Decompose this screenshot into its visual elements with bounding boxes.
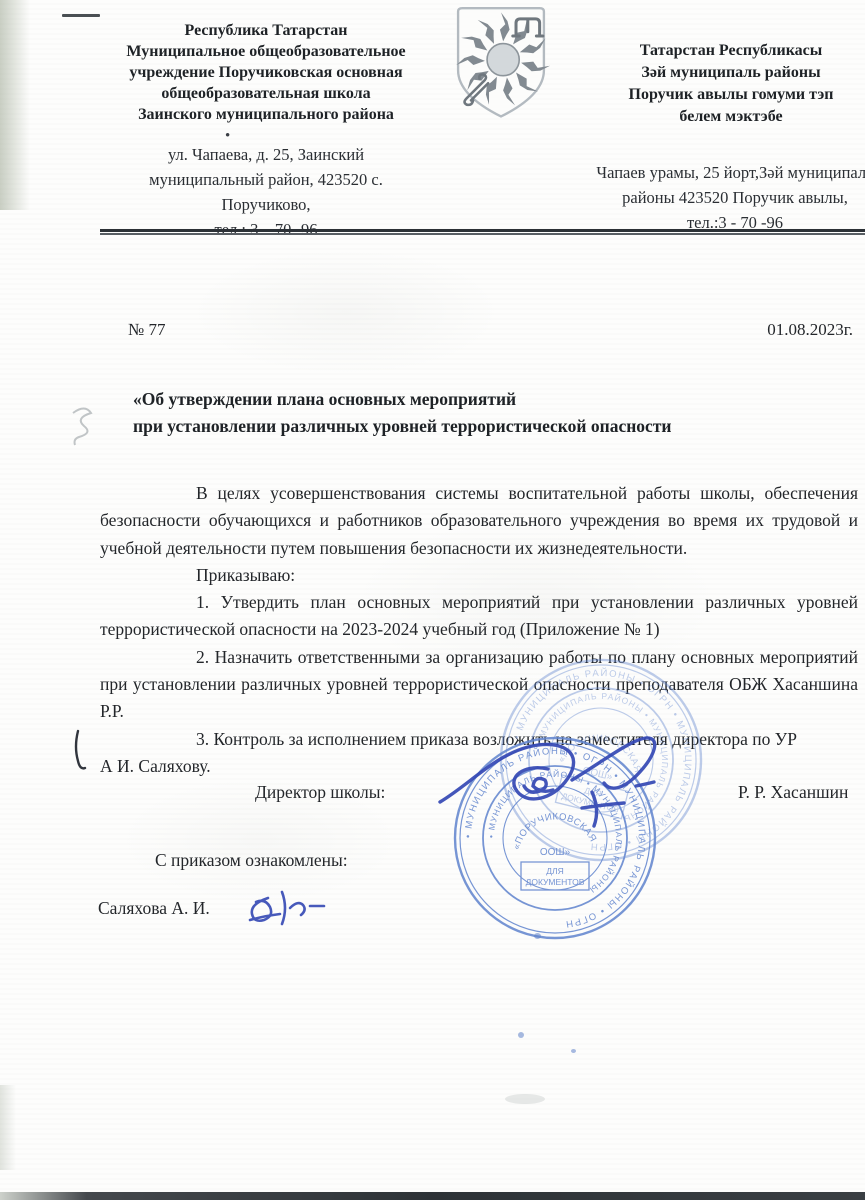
- org-line: белем мэктэбе: [600, 106, 862, 128]
- letterhead-org-tatar: Татарстан Республикасы Зәй муниципаль ра…: [600, 40, 862, 128]
- address-line: Поручиково,: [112, 192, 420, 217]
- org-line: Татарстан Республикасы: [600, 40, 862, 62]
- org-line: Муниципальное общеобразовательное: [88, 41, 444, 62]
- scan-edge-shadow-left-bottom: [0, 1085, 16, 1170]
- address-line: районы 423520 Поручик авылы,: [594, 185, 865, 210]
- order-date: 01.08.2023г.: [690, 320, 853, 340]
- letterhead-address-russian: ул. Чапаева, д. 25, Заинский муниципальн…: [112, 142, 420, 242]
- body-paragraph: 1. Утвердить план основных мероприятий п…: [100, 589, 858, 644]
- signature-label: Директор школы:: [255, 782, 385, 803]
- address-line: муниципальный район, 423520 с.: [112, 167, 420, 192]
- address-line: Чапаев урамы, 25 йорт,Зәй муниципаль: [594, 160, 865, 185]
- org-line: Республика Татарстан: [88, 20, 444, 41]
- scan-smudge: [505, 1094, 545, 1104]
- header-separator-rule: [100, 229, 865, 235]
- pen-stroke-mark: [70, 728, 90, 778]
- title-line: при установлении различных уровней терро…: [133, 413, 833, 440]
- acknowledgement-person: Саляхова А. И.: [98, 898, 210, 919]
- ink-speck: [518, 1032, 524, 1038]
- pencil-squiggle-mark: [55, 395, 105, 460]
- body-paragraph: Приказываю:: [100, 562, 858, 589]
- org-line: учреждение Поручиковская основная: [88, 62, 444, 83]
- scan-edge-shadow-left: [0, 0, 30, 210]
- org-line: Поручик авылы гомуми тэп: [600, 84, 862, 106]
- scanned-document-page: Республика Татарстан Муниципальное общео…: [0, 0, 865, 1200]
- letterhead-address-tatar: Чапаев урамы, 25 йорт,Зәй муниципаль рай…: [594, 160, 865, 235]
- address-line: ул. Чапаева, д. 25, Заинский: [112, 142, 420, 167]
- order-number: № 77: [128, 320, 165, 340]
- scan-edge-shadow-bottom: [0, 1192, 865, 1200]
- order-title: «Об утверждении плана основных мероприят…: [133, 386, 833, 439]
- sun-disc: [487, 44, 519, 76]
- org-line: общеобразовательная школа: [88, 83, 444, 104]
- letterhead-org-russian: Республика Татарстан Муниципальное общео…: [88, 20, 444, 125]
- acknowledgement-label: С приказом ознакомлены:: [155, 850, 348, 871]
- ink-speck: [534, 933, 541, 939]
- salyakhova-signature: [238, 880, 333, 940]
- body-paragraph: В целях усовершенствования системы воспи…: [100, 480, 858, 562]
- coat-of-arms-icon: [447, 6, 555, 129]
- org-line: Заинского муниципального района: [88, 104, 444, 125]
- org-line: Зәй муниципаль районы: [600, 62, 862, 84]
- ink-speck: [571, 1049, 576, 1053]
- scan-corner-mark: [62, 14, 100, 17]
- signature-name: Р. Р. Хасаншин: [738, 782, 848, 803]
- title-line: «Об утверждении плана основных мероприят…: [133, 386, 833, 413]
- director-signature: [432, 722, 697, 847]
